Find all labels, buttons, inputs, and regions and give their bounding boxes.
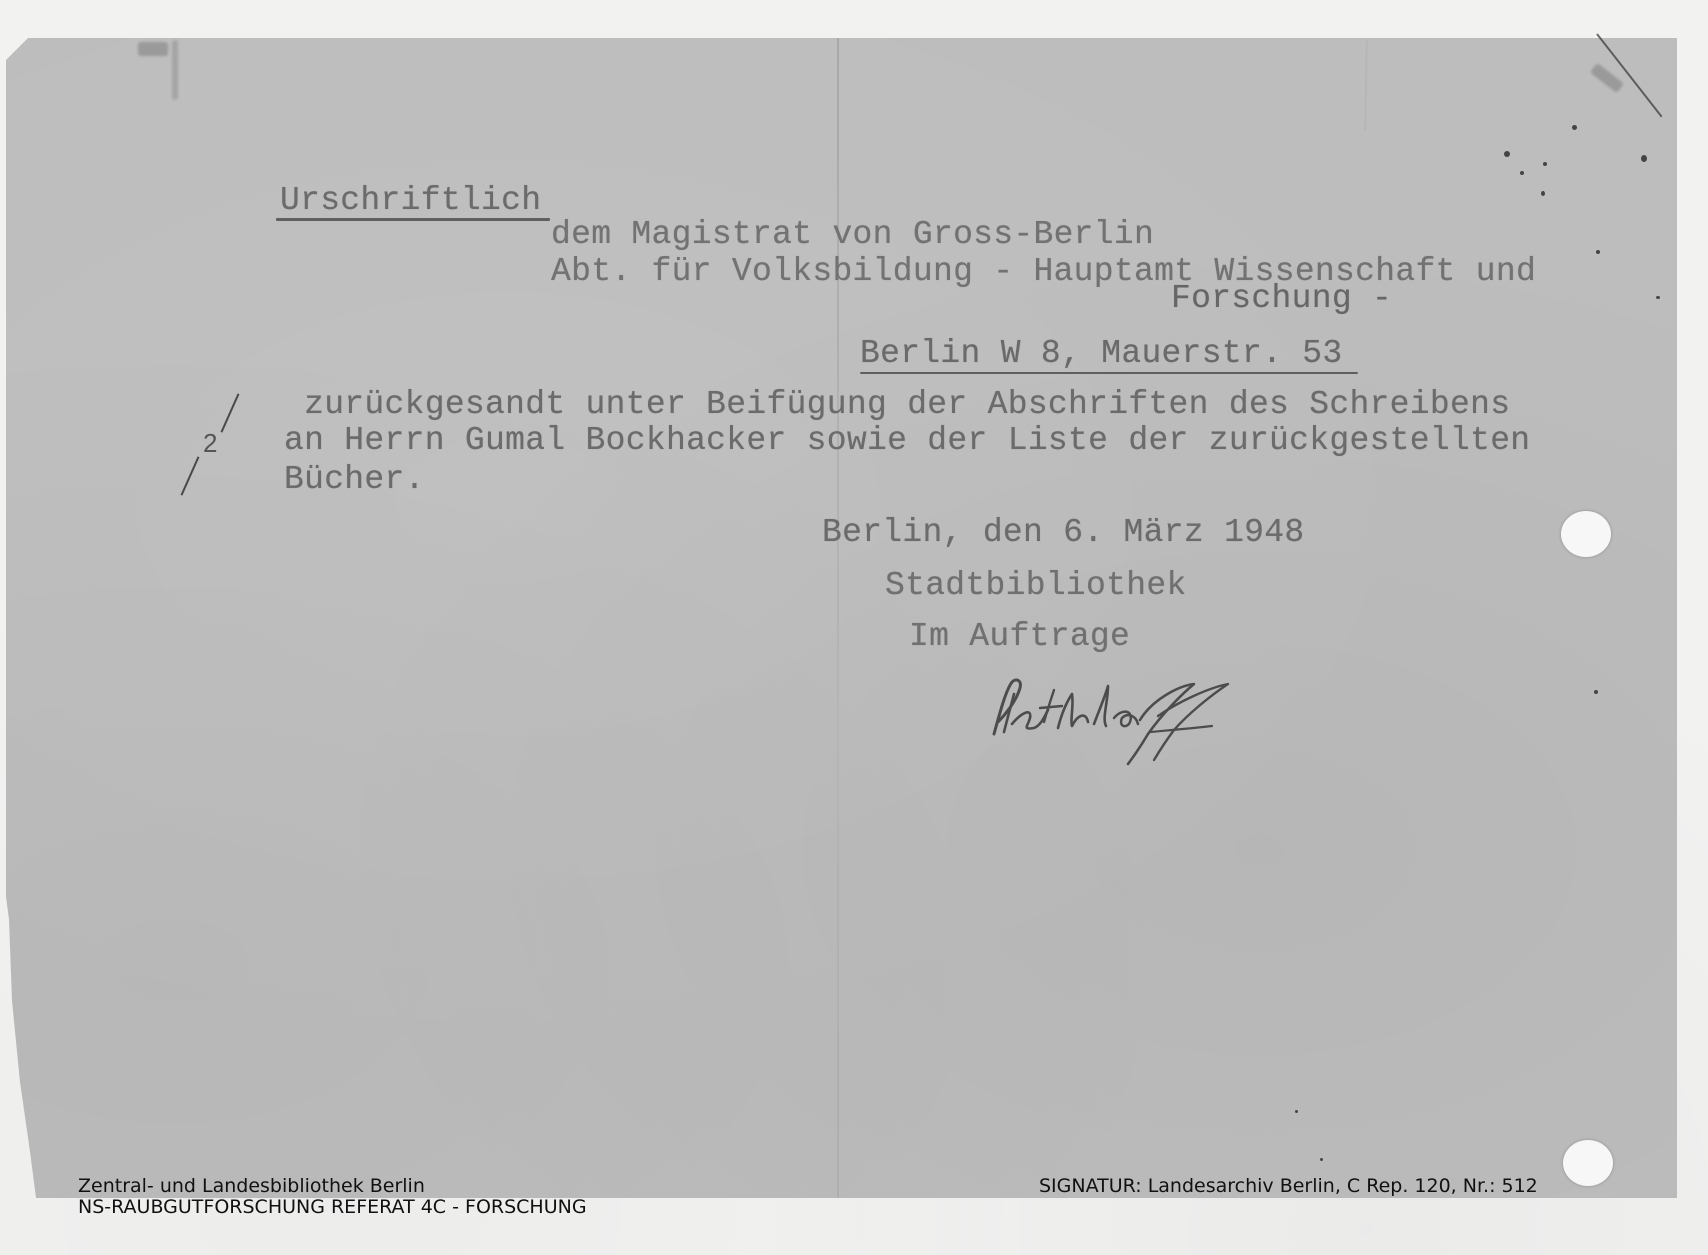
speck <box>1656 296 1660 299</box>
speck <box>1504 151 1510 157</box>
speck <box>1572 125 1577 130</box>
body-line-3: Bücher. <box>284 463 425 496</box>
recipient-address: Berlin W 8, Mauerstr. 53 <box>860 337 1342 370</box>
speck <box>1541 191 1545 196</box>
speck <box>1295 1110 1298 1113</box>
sender-authority: Im Auftrage <box>909 620 1130 653</box>
footer-signatur: SIGNATUR: Landesarchiv Berlin, C Rep. 12… <box>1039 1176 1538 1197</box>
punch-hole-bottom <box>1563 1140 1613 1186</box>
ink-smudge <box>172 40 178 100</box>
handwritten-signature <box>982 672 1242 772</box>
address-underline <box>860 372 1358 374</box>
speck <box>1520 171 1524 175</box>
footer-institution-line-1: Zentral- und Landesbibliothek Berlin <box>78 1176 425 1197</box>
punch-hole-top <box>1561 511 1611 557</box>
speck <box>1543 162 1547 166</box>
paper-fold-line <box>837 38 839 1198</box>
document-heading: Urschriftlich <box>280 184 541 217</box>
place-and-date: Berlin, den 6. März 1948 <box>822 516 1304 549</box>
ink-smudge <box>138 42 168 56</box>
body-line-2: an Herrn Gumal Bockhacker sowie der List… <box>284 424 1530 457</box>
footer-institution-line-2: NS-RAUBGUTFORSCHUNG REFERAT 4C - FORSCHU… <box>78 1197 587 1218</box>
speck <box>1596 250 1600 254</box>
speck <box>1641 155 1647 162</box>
margin-note-number: 2 <box>203 428 217 459</box>
sender-institution: Stadtbibliothek <box>885 569 1187 602</box>
speck <box>1320 1158 1323 1161</box>
recipient-line-3: Forschung - <box>1171 282 1392 315</box>
speck <box>1594 690 1598 694</box>
document-sheet <box>6 38 1677 1198</box>
body-line-1: zurückgesandt unter Beifügung der Abschr… <box>284 388 1510 421</box>
heading-underline <box>276 218 550 221</box>
recipient-line-1: dem Magistrat von Gross-Berlin <box>551 218 1154 251</box>
